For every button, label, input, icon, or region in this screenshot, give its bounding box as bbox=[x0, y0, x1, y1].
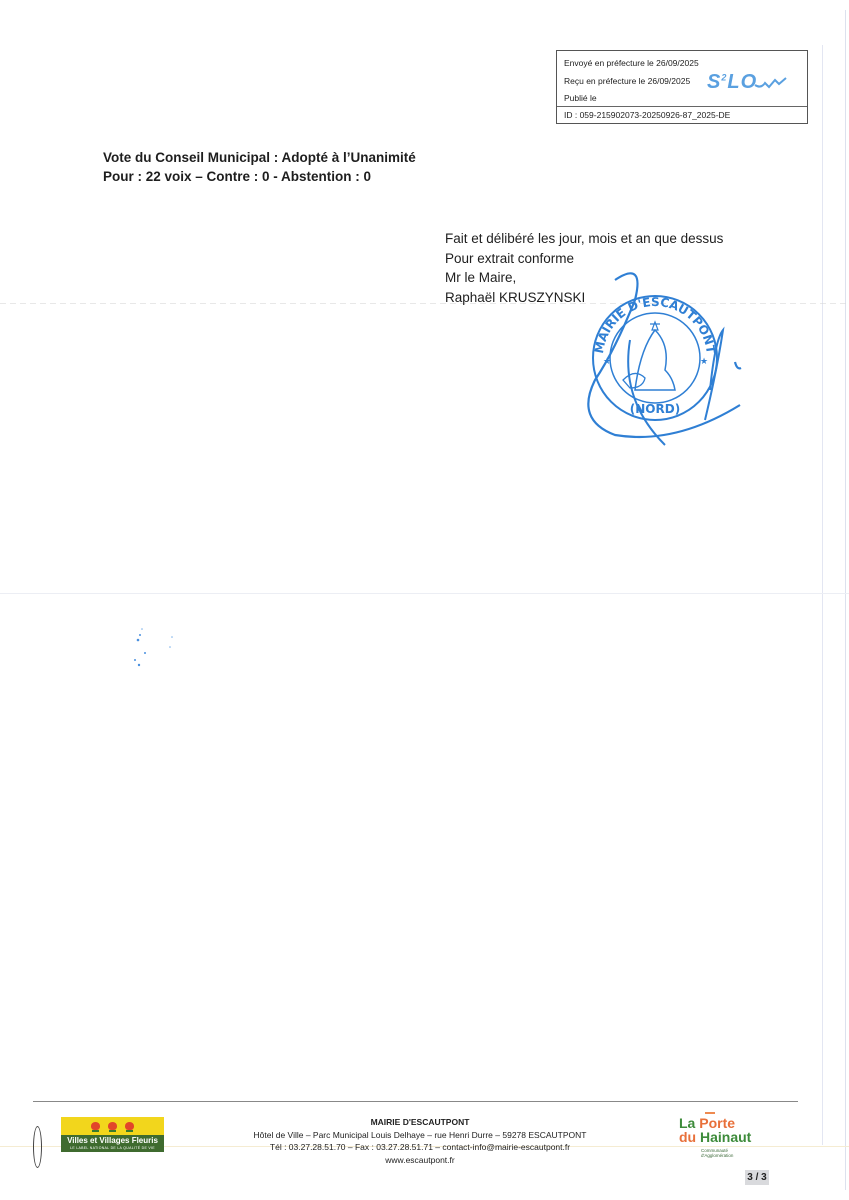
prefecture-stamp: Envoyé en préfecture le 26/09/2025 Reçu … bbox=[556, 50, 808, 124]
s2lo-logo: S2LO bbox=[707, 71, 757, 94]
stamp-sent: Envoyé en préfecture le 26/09/2025 bbox=[564, 58, 699, 68]
footer-phone-email: Tél : 03.27.28.51.70 – Fax : 03.27.28.51… bbox=[220, 1141, 620, 1154]
vote-title: Vote du Conseil Municipal : Adopté à l’U… bbox=[103, 148, 416, 167]
vote-count: Pour : 22 voix – Contre : 0 - Abstention… bbox=[103, 167, 416, 186]
flower-icon bbox=[125, 1122, 134, 1130]
official-seal-and-signature: MAIRIE D'ESCAUTPONT (NORD) ★ ★ bbox=[555, 260, 755, 450]
flower-icon bbox=[108, 1122, 117, 1130]
stamp-published: Publié le bbox=[564, 93, 597, 103]
stamp-id: ID : 059-215902073-20250926-87_2025-DE bbox=[564, 110, 730, 120]
signature-line: Fait et délibéré les jour, mois et an qu… bbox=[445, 229, 723, 249]
svg-text:★: ★ bbox=[700, 356, 708, 366]
stamp-divider bbox=[557, 106, 807, 107]
scan-edge-line bbox=[845, 10, 846, 1190]
ink-speckles bbox=[130, 625, 190, 675]
footer-divider bbox=[33, 1101, 798, 1102]
checkmark-swoosh-icon bbox=[753, 77, 787, 91]
footer-contact: MAIRIE D'ESCAUTPONT Hôtel de Ville – Par… bbox=[220, 1116, 620, 1166]
villes-villages-fleuris-logo: Villes et Villages Fleuris LE LABEL NATI… bbox=[61, 1117, 164, 1152]
footer-address: Hôtel de Ville – Parc Municipal Louis De… bbox=[220, 1129, 620, 1142]
punch-hole-mark bbox=[33, 1126, 42, 1168]
flower-icon bbox=[91, 1122, 100, 1130]
la-porte-du-hainaut-logo: La Porte du Hainaut Communautéd'Agglomér… bbox=[679, 1112, 779, 1158]
footer-website: www.escautpont.fr bbox=[220, 1154, 620, 1167]
scan-edge-line bbox=[822, 45, 823, 1145]
scan-fold-line bbox=[0, 593, 849, 594]
page-number: 3 / 3 bbox=[745, 1170, 769, 1185]
vote-result: Vote du Conseil Municipal : Adopté à l’U… bbox=[103, 148, 416, 186]
stamp-received: Reçu en préfecture le 26/09/2025 bbox=[564, 76, 690, 86]
footer-title: MAIRIE D'ESCAUTPONT bbox=[220, 1116, 620, 1129]
